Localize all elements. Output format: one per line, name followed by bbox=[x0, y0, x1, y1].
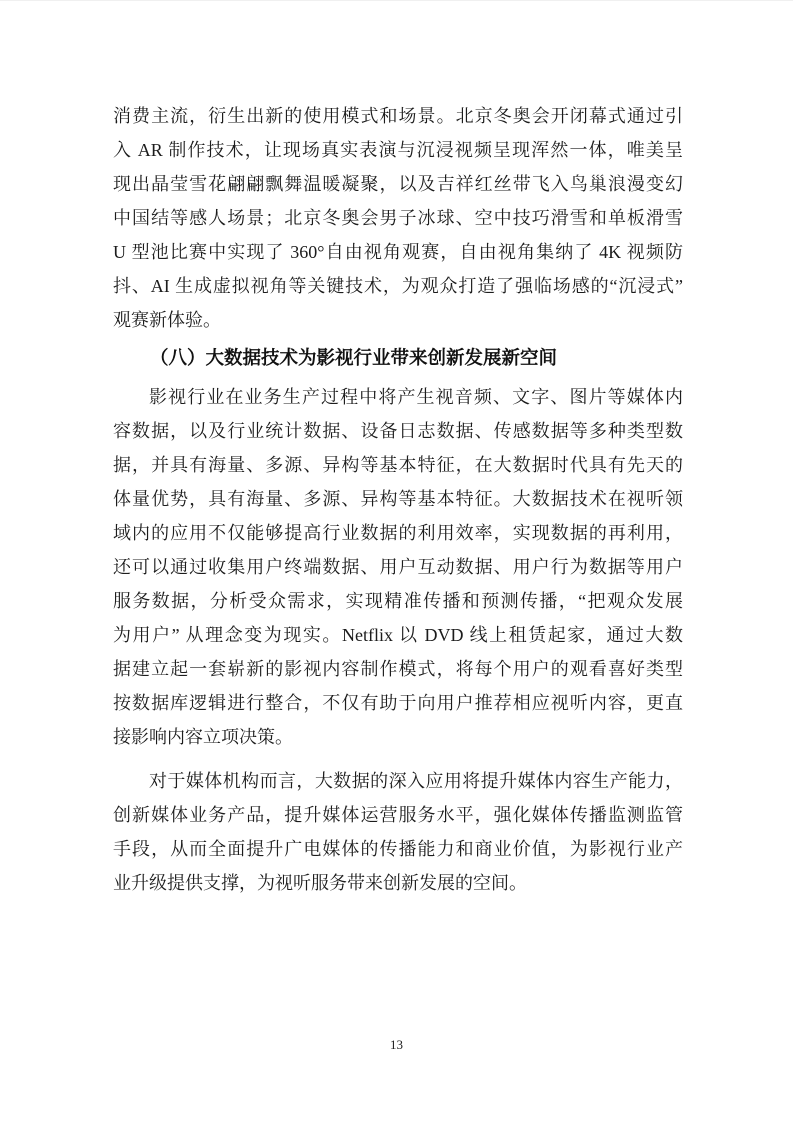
text-line: 入 AR 制作技术，让现场真实表演与沉浸视频呈现浑然一体，唯美呈 bbox=[113, 133, 683, 167]
text-line: 据建立起一套崭新的影视内容制作模式，将每个用户的观看喜好类型 bbox=[113, 652, 683, 686]
text-line: 服务数据，分析受众需求，实现精准传播和预测传播，“把观众发展 bbox=[113, 584, 683, 618]
text-line: 现出晶莹雪花翩翩飘舞温暖凝聚，以及吉祥红丝带飞入鸟巢浪漫变幻 bbox=[113, 167, 683, 201]
text-line: 对于媒体机构而言，大数据的深入应用将提升媒体内容生产能力， bbox=[113, 764, 683, 798]
text-line: 体量优势，具有海量、多源、异构等基本特征。大数据技术在视听领 bbox=[113, 482, 683, 516]
text-line: 接影响内容立项决策。 bbox=[113, 720, 683, 754]
text-line: 域内的应用不仅能够提高行业数据的利用效率，实现数据的再利用， bbox=[113, 516, 683, 550]
section-heading-block: （八）大数据技术为影视行业带来创新发展新空间 bbox=[113, 342, 683, 376]
paragraph-media-orgs: 对于媒体机构而言，大数据的深入应用将提升媒体内容生产能力， 创新媒体业务产品，提… bbox=[113, 764, 683, 900]
page-number: 13 bbox=[0, 1037, 793, 1053]
text-line: 还可以通过收集用户终端数据、用户互动数据、用户行为数据等用户 bbox=[113, 550, 683, 584]
text-line: 观赛新体验。 bbox=[113, 303, 683, 337]
paragraph-big-data: 影视行业在业务生产过程中将产生视音频、文字、图片等媒体内 容数据，以及行业统计数… bbox=[113, 380, 683, 754]
document-body: 消费主流，衍生出新的使用模式和场景。北京冬奥会开闭幕式通过引 入 AR 制作技术… bbox=[113, 99, 683, 900]
text-line: 消费主流，衍生出新的使用模式和场景。北京冬奥会开闭幕式通过引 bbox=[113, 99, 683, 133]
text-line: 影视行业在业务生产过程中将产生视音频、文字、图片等媒体内 bbox=[113, 380, 683, 414]
text-line: 为用户” 从理念变为现实。Netflix 以 DVD 线上租赁起家，通过大数 bbox=[113, 618, 683, 652]
text-line: 业升级提供支撑，为视听服务带来创新发展的空间。 bbox=[113, 866, 683, 900]
text-line: 中国结等感人场景；北京冬奥会男子冰球、空中技巧滑雪和单板滑雪 bbox=[113, 201, 683, 235]
text-line: U 型池比赛中实现了 360°自由视角观赛，自由视角集纳了 4K 视频防 bbox=[113, 235, 683, 269]
text-line: 按数据库逻辑进行整合，不仅有助于向用户推荐相应视听内容，更直 bbox=[113, 686, 683, 720]
text-line: 容数据，以及行业统计数据、设备日志数据、传感数据等多种类型数 bbox=[113, 414, 683, 448]
text-line: 据，并具有海量、多源、异构等基本特征，在大数据时代具有先天的 bbox=[113, 448, 683, 482]
paragraph-continuation: 消费主流，衍生出新的使用模式和场景。北京冬奥会开闭幕式通过引 入 AR 制作技术… bbox=[113, 99, 683, 337]
section-heading: （八）大数据技术为影视行业带来创新发展新空间 bbox=[113, 342, 683, 376]
text-line: 手段，从而全面提升广电媒体的传播能力和商业价值，为影视行业产 bbox=[113, 832, 683, 866]
text-line: 创新媒体业务产品，提升媒体运营服务水平，强化媒体传播监测监管 bbox=[113, 798, 683, 832]
text-line: 抖、AI 生成虚拟视角等关键技术，为观众打造了强临场感的“沉浸式” bbox=[113, 269, 683, 303]
